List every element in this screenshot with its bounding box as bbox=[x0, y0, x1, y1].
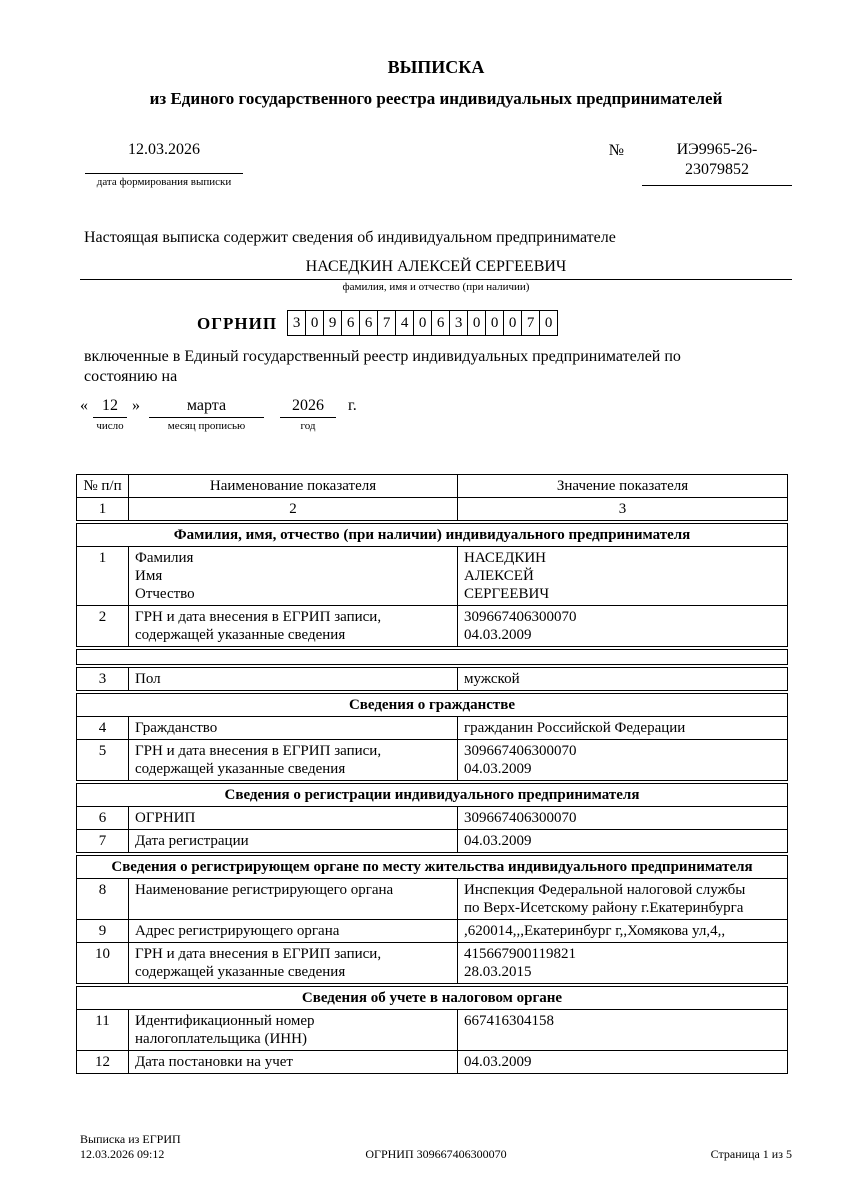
page-footer: Выписка из ЕГРИП 12.03.2026 09:12 ОГРНИП… bbox=[80, 1132, 792, 1161]
row-number-cell: 6 bbox=[77, 807, 129, 830]
row-number-cell: 8 bbox=[77, 879, 129, 920]
indicator-name-cell: ГРН и дата внесения в ЕГРИП записи, соде… bbox=[129, 606, 458, 647]
section-header: Сведения о регистрации индивидуального п… bbox=[77, 784, 788, 807]
table-row: 9Адрес регистрирующего органа,620014,,,Е… bbox=[77, 920, 788, 943]
column-header-cell: Значение показателя bbox=[458, 475, 788, 498]
indicators-table-section: Сведения о регистрирующем органе по мест… bbox=[76, 855, 788, 984]
indicator-name-cell: Пол bbox=[129, 668, 458, 691]
row-number-cell: 10 bbox=[77, 943, 129, 984]
ogrnip-digit-cell: 3 bbox=[287, 310, 306, 336]
month-field: марта месяц прописью bbox=[149, 396, 264, 434]
ogrnip-label: ОГРНИП bbox=[197, 313, 277, 334]
indicator-value-cell: 04.03.2009 bbox=[458, 830, 788, 853]
year-caption: год bbox=[280, 420, 336, 434]
indicator-name-cell: Дата постановки на учет bbox=[129, 1051, 458, 1074]
indicator-value-cell: 309667406300070 bbox=[458, 807, 788, 830]
footer-left: Выписка из ЕГРИП 12.03.2026 09:12 bbox=[80, 1132, 317, 1161]
column-header-cell: № п/п bbox=[77, 475, 129, 498]
footer-page-number: Страница 1 из 5 bbox=[555, 1147, 792, 1161]
table-row: 11Идентификационный номер налогоплательщ… bbox=[77, 1010, 788, 1051]
document-title: ВЫПИСКА bbox=[80, 56, 792, 79]
day-field: 12 число bbox=[93, 396, 127, 434]
table-row: 2ГРН и дата внесения в ЕГРИП записи, сод… bbox=[77, 606, 788, 647]
entrepreneur-name-block: НАСЕДКИН АЛЕКСЕЙ СЕРГЕЕВИЧ фамилия, имя … bbox=[80, 257, 792, 295]
table-row: 10ГРН и дата внесения в ЕГРИП записи, со… bbox=[77, 943, 788, 984]
indicator-value-cell: мужской bbox=[458, 668, 788, 691]
included-text: включенные в Единый государственный реес… bbox=[84, 347, 792, 387]
indicator-name-cell: Гражданство bbox=[129, 717, 458, 740]
footer-ogrnip: ОГРНИП 309667406300070 bbox=[317, 1147, 554, 1161]
ogrnip-digit-cell: 0 bbox=[305, 310, 324, 336]
ogrnip-digit-cell: 3 bbox=[449, 310, 468, 336]
indicator-name-cell: ГРН и дата внесения в ЕГРИП записи, соде… bbox=[129, 943, 458, 984]
ogrnip-digit-cell: 0 bbox=[485, 310, 504, 336]
year-suffix: г. bbox=[348, 396, 357, 416]
row-number-cell: 3 bbox=[77, 668, 129, 691]
indicator-value-cell: Инспекция Федеральной налоговой службы п… bbox=[458, 879, 788, 920]
indicators-table-section: Сведения о регистрации индивидуального п… bbox=[76, 783, 788, 853]
ogrnip-digit-cell: 4 bbox=[395, 310, 414, 336]
formation-date-caption: дата формирования выписки bbox=[85, 176, 243, 190]
ogrnip-digit-cell: 9 bbox=[323, 310, 342, 336]
section-header: Сведения о регистрирующем органе по мест… bbox=[77, 856, 788, 879]
row-number-cell: 9 bbox=[77, 920, 129, 943]
column-number-cell: 3 bbox=[458, 498, 788, 521]
ogrnip-digit-cell: 7 bbox=[521, 310, 540, 336]
indicator-value-cell: 667416304158 bbox=[458, 1010, 788, 1051]
table-row: 1Фамилия Имя ОтчествоНАСЕДКИН АЛЕКСЕЙ СЕ… bbox=[77, 547, 788, 606]
table-row: 8Наименование регистрирующего органаИнсп… bbox=[77, 879, 788, 920]
row-number-cell: 5 bbox=[77, 740, 129, 781]
table-row: 12Дата постановки на учет04.03.2009 bbox=[77, 1051, 788, 1074]
indicator-value-cell: ,620014,,,Екатеринбург г,,Хомякова ул,4,… bbox=[458, 920, 788, 943]
footer-timestamp: 12.03.2026 09:12 bbox=[80, 1147, 317, 1161]
indicator-name-cell: Фамилия Имя Отчество bbox=[129, 547, 458, 606]
table-row: 6ОГРНИП309667406300070 bbox=[77, 807, 788, 830]
indicator-value-cell: 309667406300070 04.03.2009 bbox=[458, 740, 788, 781]
section-header: Сведения о гражданстве bbox=[77, 694, 788, 717]
spacer-row bbox=[77, 650, 788, 665]
header-meta-row: 12.03.2026 дата формирования выписки № И… bbox=[80, 140, 792, 190]
ogrnip-digit-cell: 6 bbox=[431, 310, 450, 336]
column-number-cell: 2 bbox=[129, 498, 458, 521]
month-value: марта bbox=[149, 396, 264, 418]
row-number-cell: 7 bbox=[77, 830, 129, 853]
ogrnip-digit-cell: 6 bbox=[359, 310, 378, 336]
table-row: 5ГРН и дата внесения в ЕГРИП записи, сод… bbox=[77, 740, 788, 781]
indicator-value-cell: 04.03.2009 bbox=[458, 1051, 788, 1074]
ogrnip-digit-cell: 0 bbox=[413, 310, 432, 336]
document-number-label: № bbox=[609, 141, 624, 161]
ogrnip-digit-cell: 0 bbox=[539, 310, 558, 336]
egrip-extract-page: ВЫПИСКА из Единого государственного реес… bbox=[0, 0, 848, 1200]
indicator-name-cell: Наименование регистрирующего органа bbox=[129, 879, 458, 920]
day-value: 12 bbox=[93, 396, 127, 418]
column-header-cell: Наименование показателя bbox=[129, 475, 458, 498]
year-value: 2026 bbox=[280, 396, 336, 418]
table-row: 3Полмужской bbox=[77, 668, 788, 691]
close-quote: » bbox=[132, 396, 140, 416]
formation-date-block: 12.03.2026 дата формирования выписки bbox=[85, 140, 243, 190]
open-quote: « bbox=[80, 396, 88, 416]
column-number-cell: 1 bbox=[77, 498, 129, 521]
intro-text: Настоящая выписка содержит сведения об и… bbox=[84, 228, 792, 248]
section-header: Фамилия, имя, отчество (при наличии) инд… bbox=[77, 524, 788, 547]
section-header: Сведения об учете в налоговом органе bbox=[77, 987, 788, 1010]
indicator-value-cell: НАСЕДКИН АЛЕКСЕЙ СЕРГЕЕВИЧ bbox=[458, 547, 788, 606]
ogrnip-digit-cell: 0 bbox=[503, 310, 522, 336]
indicator-name-cell: Дата регистрации bbox=[129, 830, 458, 853]
ogrnip-digit-boxes: 309667406300070 bbox=[287, 310, 558, 336]
indicators-table-section: № п/пНаименование показателяЗначение пок… bbox=[76, 474, 788, 521]
document-number-value: ИЭ9965-26- 23079852 bbox=[642, 140, 792, 186]
formation-date-underline bbox=[85, 173, 243, 174]
ogrnip-digit-cell: 6 bbox=[341, 310, 360, 336]
ogrnip-digit-cell: 0 bbox=[467, 310, 486, 336]
row-number-cell: 12 bbox=[77, 1051, 129, 1074]
indicators-table-section bbox=[76, 649, 788, 665]
indicators-table-section: Сведения об учете в налоговом органе11Ид… bbox=[76, 986, 788, 1074]
day-caption: число bbox=[93, 420, 127, 434]
ogrnip-row: ОГРНИП 309667406300070 bbox=[197, 310, 792, 336]
indicators-table-section: Сведения о гражданстве4Гражданствогражда… bbox=[76, 693, 788, 781]
table-row: 4Гражданствогражданин Российской Федерац… bbox=[77, 717, 788, 740]
document-subtitle: из Единого государственного реестра инди… bbox=[80, 88, 792, 109]
document-number-block: № ИЭ9965-26- 23079852 bbox=[609, 140, 792, 190]
year-field: 2026 год bbox=[280, 396, 336, 434]
footer-doc-type: Выписка из ЕГРИП bbox=[80, 1132, 317, 1146]
indicator-value-cell: 309667406300070 04.03.2009 bbox=[458, 606, 788, 647]
indicator-value-cell: 415667900119821 28.03.2015 bbox=[458, 943, 788, 984]
ogrnip-digit-cell: 7 bbox=[377, 310, 396, 336]
indicators-table-section: 3Полмужской bbox=[76, 667, 788, 691]
table-row: 7Дата регистрации04.03.2009 bbox=[77, 830, 788, 853]
month-caption: месяц прописью bbox=[149, 420, 264, 434]
indicator-value-cell: гражданин Российской Федерации bbox=[458, 717, 788, 740]
row-number-cell: 4 bbox=[77, 717, 129, 740]
indicator-name-cell: ГРН и дата внесения в ЕГРИП записи, соде… bbox=[129, 740, 458, 781]
formation-date-value: 12.03.2026 bbox=[85, 140, 243, 160]
row-number-cell: 1 bbox=[77, 547, 129, 606]
indicator-name-cell: Адрес регистрирующего органа bbox=[129, 920, 458, 943]
indicators-table-section: Фамилия, имя, отчество (при наличии) инд… bbox=[76, 523, 788, 647]
row-number-cell: 11 bbox=[77, 1010, 129, 1051]
indicator-name-cell: Идентификационный номер налогоплательщик… bbox=[129, 1010, 458, 1051]
entrepreneur-name-caption: фамилия, имя и отчество (при наличии) bbox=[80, 281, 792, 295]
as-of-date-row: « 12 число » марта месяц прописью 2026 г… bbox=[80, 396, 792, 434]
indicator-name-cell: ОГРНИП bbox=[129, 807, 458, 830]
row-number-cell: 2 bbox=[77, 606, 129, 647]
entrepreneur-name: НАСЕДКИН АЛЕКСЕЙ СЕРГЕЕВИЧ bbox=[80, 257, 792, 280]
indicators-table: № п/пНаименование показателяЗначение пок… bbox=[76, 474, 792, 1074]
